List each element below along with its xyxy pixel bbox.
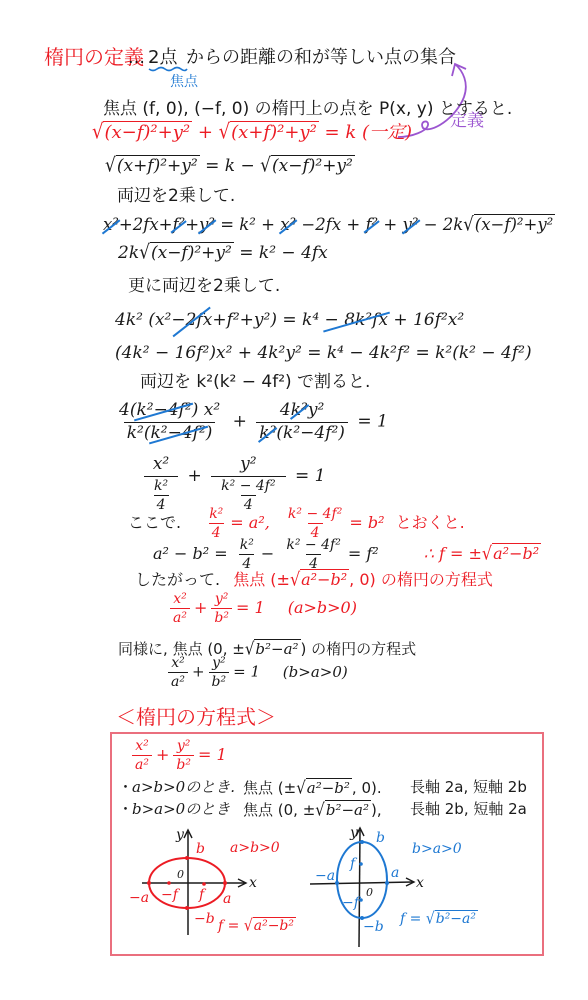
focus-formula: f = √b²−a² [400,910,478,926]
numerator: k² [206,506,226,523]
term: − 2k [418,215,463,234]
focus-distance-result: ∴ f = ±√a²−b² [424,544,541,563]
denominator: a² [168,672,188,690]
numerator: y² [237,455,259,476]
step-square-both-sides: 両辺を2乗して. [117,187,235,207]
equation-lhs: a² − b² = [153,544,228,563]
lead-text: したがって. [135,570,220,589]
cancelled-term: f² [365,216,378,235]
y-axis-label: y [350,826,358,840]
numerator: x² [170,591,190,608]
radicand: (x−f)²+y² [150,242,234,264]
plus-sign: + [194,598,207,617]
equation-rhs: = 1 [295,466,325,486]
case-bullet: ・ [118,779,133,796]
radicand: a²−b² [492,543,541,563]
case-axes: 長軸 2b, 短軸 2a [410,801,527,818]
step-square-again: 更に両辺を2乗して. [128,277,280,297]
ellipse-equation-horizontal: x²a²+y²b²= 1 (a>b>0) [166,591,357,626]
focus-statement: 焦点 (±√a²−b², 0) の楕円の方程式 [233,570,493,589]
summary-heading: ＜楕円の方程式＞ [116,706,276,729]
equation-4: 2k√(x−f)²+y² = k² − 4fx [118,242,328,264]
neg-b-label: −b [363,920,384,934]
equation-5: 4k² (x²−2fx+f²+y²) = k⁴ − 8k²fx + 16f²x² [115,311,464,331]
term: 焦点 (± [233,570,290,589]
cancelled-term: x² [103,216,119,235]
numerator: y² [212,591,232,608]
cancelled-term: f² [172,216,185,235]
conclusion-line: したがって. 焦点 (±√a²−b², 0) の楕円の方程式 [135,569,493,589]
case-condition: a>b>0のとき. [132,779,235,796]
case-focus: 焦点 (±√a²−b², 0). [243,778,382,797]
sqrt-term: √(x+f)²+y² [105,155,200,177]
term: +f²+y²) = k⁴ [212,310,324,330]
equation-rhs: = 1 [357,412,387,432]
neg-f-label: −f [342,896,359,910]
origin-label: 0 [366,887,373,898]
term: 焦点 (0, ± [243,801,315,819]
term: 2k [118,243,139,263]
equation-8: x² k²4 + y² k² − 4f²4 = 1 [140,455,325,513]
term: , 0) の楕円の方程式 [349,570,493,589]
equation-rhs: = a², [230,513,270,532]
neg-b-label: −b [194,912,215,926]
radicand: (x+f)²+y² [116,155,200,177]
sqrt-term: √(x−f)²+y² [139,242,234,264]
origin-label: 0 [177,869,184,880]
term: ), [371,801,382,819]
denominator: a² [132,755,152,773]
plus-sign: + [188,466,202,486]
term: 焦点 (± [243,779,296,797]
denominator: b² [209,672,230,690]
condition-label: a>b>0 [230,841,280,855]
term: ) x² [192,400,220,420]
denominator: a² [170,608,190,626]
ellipse-equation-vertical: x²a²+y²b²= 1 (b>a>0) [164,655,348,690]
b-label: b [376,831,385,845]
denominator: b² [211,608,232,626]
fraction: x² k²4 [144,455,178,513]
minus-sign: − [261,544,274,563]
therefore-text: ∴ f = ± [424,544,482,563]
cancelled-term: − 8k²fx [325,311,388,331]
focus-formula: f = √a²−b² [218,917,296,933]
plus-sign: + [233,412,247,432]
term: f = [400,911,426,927]
term: , 0). [352,779,382,797]
equation-3: x²+2fx+f²+y² = k² + x² −2fx + f² + y² − … [103,214,555,235]
term: + [185,215,199,234]
radicand: a²−b² [253,917,296,933]
case-focus: 焦点 (0, ±√b²−a²), [243,800,382,819]
fraction: y² k² − 4f²4 [211,455,285,513]
radicand: (x+f)²+y² [230,121,319,144]
radicand: (x−f)²+y² [474,214,556,235]
cancelled-term: x² [280,216,296,235]
denominator: b² [173,755,194,773]
focus-annotation: 焦点 [170,74,198,90]
f-label: f [350,857,355,871]
condition: (b>a>0) [283,663,348,681]
term: + [378,215,402,234]
equation-rhs: = 1 [233,663,260,681]
term: 4( [119,400,136,420]
equation-rhs: = f² [348,544,379,563]
case-axes: 長軸 2a, 短軸 2b [410,779,527,796]
condition: (a>b>0) [288,598,357,617]
plus-sign: + [156,745,169,764]
radicand: (x−f)²+y² [271,155,355,177]
numerator: k² − 4f² [218,478,278,495]
equation-middle: = k − [205,156,255,176]
neg-a-label: −a [315,869,335,883]
case-condition: b>a>0のとき [132,801,230,818]
numerator: k² − 4f² [283,537,343,554]
substitution-line: ここで. k²4= a², k² − 4f²4= b² とおくと. [128,506,465,541]
term: −2fx + [296,215,365,234]
b-label: b [196,842,205,856]
cancelled-term: k² [291,401,308,421]
term: = k² + [215,215,280,234]
f-label: f [199,888,204,902]
numerator: x² [150,455,172,476]
definition-equation: √(x−f)²+y² + √(x+f)²+y² = k (一定) [92,121,412,144]
definition-text: からの距離の和が等しい点の集合 [186,48,456,69]
cancelled-term: k²−4f² [136,401,191,421]
cancelled-term: −2fx [171,311,212,331]
radicand: (x−f)²+y² [103,121,192,144]
fraction: 4k²y² k²(k²−4f²) [256,401,348,443]
radicand: a²−b² [300,569,349,589]
lead-text: ここで. [128,513,181,532]
term: f = [218,918,244,934]
numerator: k² [151,478,171,495]
equation-7: 4(k²−4f²) x² k²(k²−4f²) + 4k²y² k²(k²−4f… [112,401,388,443]
lead-text: 同様に, [118,640,168,658]
fraction: 4(k²−4f²) x² k²(k²−4f²) [116,401,223,443]
equation-rhs: = k (一定) [325,122,412,143]
neg-f-label: −f [161,888,178,902]
equation-rhs: = b² [349,513,384,532]
cancelled-term: y² [403,216,419,235]
handwritten-note-page: 楕円の定義 … 2点 からの距離の和が等しい点の集合 焦点 定義 焦点 (f, … [0,0,588,1000]
numerator: y² [174,738,194,755]
radicand: b²−a² [325,800,371,819]
plus-sign: + [192,663,205,681]
term: + 16f²x² [388,310,464,330]
numerator: k² [237,537,257,554]
sqrt-term: √(x−f)²+y² [463,214,555,235]
setup-text: 焦点 (f, 0), (−f, 0) の楕円上の点を P(x, y) とすると. [103,100,512,120]
equation-2: √(x+f)²+y² = k − √(x−f)²+y² [105,155,355,177]
equation-rhs: = k² − 4fx [239,243,328,263]
summary-equation: x²a²+y²b²= 1 [128,738,227,773]
a-label: a [391,866,399,880]
sqrt-term: √(x+f)²+y² [219,121,319,144]
numerator: x² [132,738,152,755]
numerator: k² − 4f² [285,506,345,523]
radicand: a²−b² [306,778,352,797]
ellipsis: … [128,49,145,69]
term: 4k² (x² [115,310,171,330]
plus-sign: + [198,122,213,143]
x-axis-label: x [249,876,257,890]
numerator: y² [209,655,229,672]
x-axis-label: x [416,876,424,890]
a-label: a [223,892,231,906]
cancelled-term: y² [199,216,215,235]
equation-rhs: = 1 [236,598,265,617]
y-axis-label: y [176,828,184,842]
a-definition: k²4= a², [202,513,275,532]
term: y² [308,400,324,420]
numerator: x² [168,655,188,672]
cancelled-term: k² [259,424,276,444]
equation-6: (4k² − 16f²)x² + 4k²y² = k⁴ − 4k²f² = k²… [115,344,532,364]
sqrt-term: √(x−f)²+y² [92,121,192,144]
term: k²( [127,423,151,443]
condition-label: b>a>0 [412,842,462,856]
equation-rhs: = 1 [198,745,227,764]
two-points-text: 2点 [148,48,177,69]
sqrt-term: √(x−f)²+y² [260,155,355,177]
relation-line: a² − b² = k²4− k² − 4f²4= f² ∴ f = ±√a²−… [153,537,541,572]
tail-text: とおくと. [396,513,465,532]
neg-a-label: −a [129,891,149,905]
b-definition: k² − 4f²4= b² [281,513,390,532]
case-bullet: ・ [118,801,133,818]
term: +2fx+ [119,215,173,234]
term: 4 [280,400,291,420]
radicand: b²−a² [435,910,478,926]
term: (k²−4f²) [276,423,345,443]
step-divide-both-sides: 両辺を k²(k² − 4f²) で割ると. [140,373,370,393]
cancelled-term: k²−4f² [151,424,206,444]
